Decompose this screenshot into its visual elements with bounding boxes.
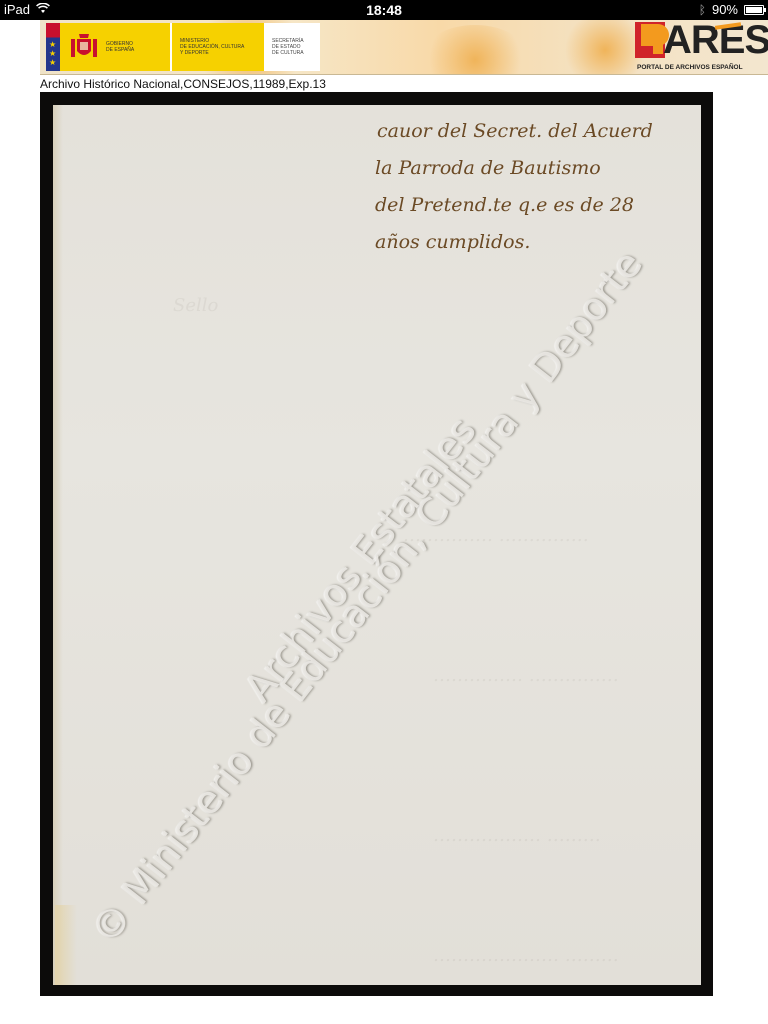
status-bar: iPad 18:48 ᛒ 90% (0, 0, 768, 20)
document-page: Sello …………… …………… …………… …………… ……………… ………… (53, 105, 701, 985)
eu-flag-strip: ★★★ (46, 23, 60, 71)
handwriting-line: años cumplidos. (375, 224, 705, 261)
logo-subtitle: PORTAL DE ARCHIVOS ESPAÑOL (637, 64, 743, 71)
secretary-line3: DE CULTURA (272, 50, 304, 56)
pares-banner[interactable]: ★★★ GOBIERNODE ESPAÑA MINISTERIODE EDUCA… (40, 20, 768, 75)
handwriting-line: la Parroda de Bautismo (375, 150, 705, 187)
handwriting-line: del Pretend.te q.e es de 28 (375, 187, 705, 224)
document-image[interactable]: Sello …………… …………… …………… …………… ……………… ………… (40, 92, 713, 996)
battery-icon (744, 5, 764, 15)
gov-line2: DE ESPAÑA (106, 47, 134, 53)
government-logo[interactable]: ★★★ GOBIERNODE ESPAÑA MINISTERIODE EDUCA… (46, 23, 320, 71)
ministry-line3: Y DEPORTE (180, 50, 244, 56)
handwriting-line: cauor del Secret. del Acuerd (375, 113, 705, 150)
pares-logo[interactable]: ARES PORTAL DE ARCHIVOS ESPAÑOL (633, 20, 768, 75)
coat-of-arms-icon (68, 31, 100, 63)
battery-percent: 90% (712, 2, 738, 17)
document-reference: Archivo Histórico Nacional,CONSEJOS,1198… (40, 77, 326, 91)
clock: 18:48 (0, 2, 768, 18)
bluetooth-icon: ᛒ (699, 3, 706, 17)
handwritten-text: cauor del Secret. del Acuerd la Parroda … (375, 113, 705, 261)
